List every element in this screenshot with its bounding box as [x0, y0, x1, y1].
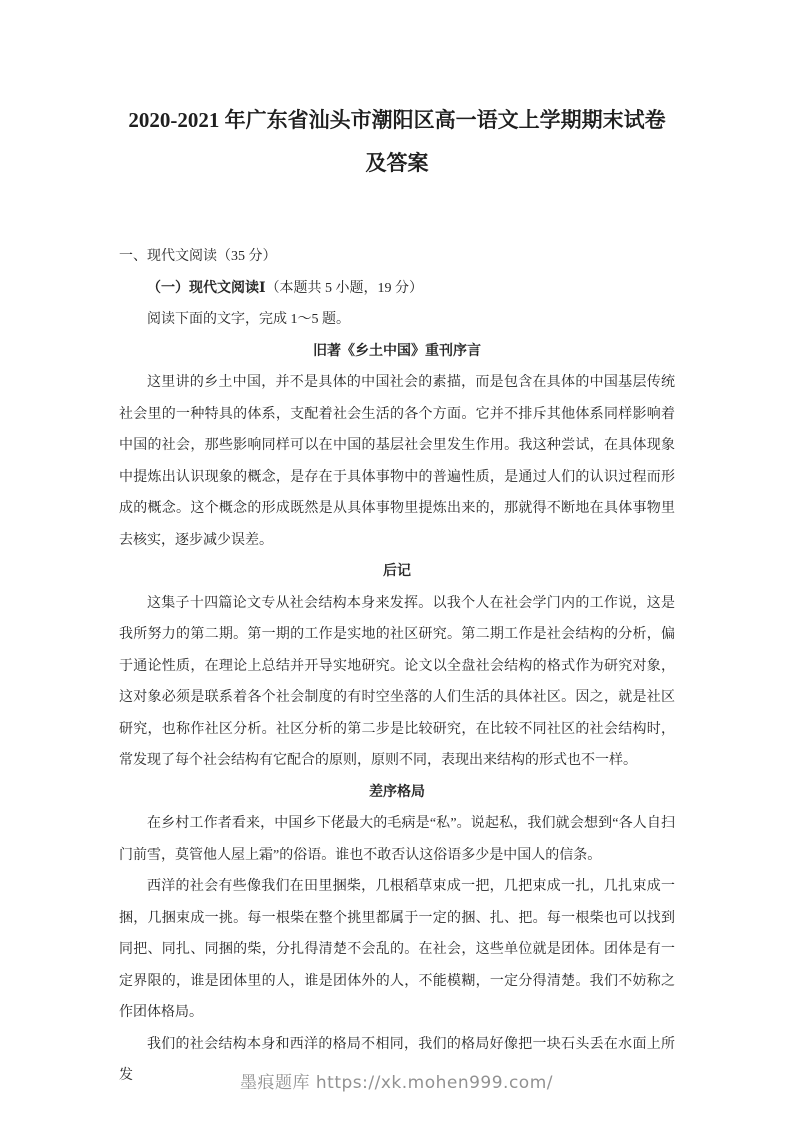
passage-paragraph-preface: 这里讲的乡土中国，并不是具体的中国社会的素描，而是包含在具体的中国基层传统社会里…: [119, 367, 675, 556]
passage-paragraph-postscript: 这集子十四篇论文专从社会结构本身来发挥。以我个人在社会学门内的工作说，这是我所努…: [119, 588, 675, 777]
passage-title-chaxu-geju: 差序格局: [119, 777, 675, 809]
section-heading: 一、现代文阅读（35 分）: [119, 241, 675, 273]
subsection-heading-regular: （本题共 5 小题，19 分）: [266, 281, 424, 296]
passage-title-postscript: 后记: [119, 556, 675, 588]
reading-instruction: 阅读下面的文字，完成 1～5 题。: [119, 304, 675, 336]
document-title-line1: 2020-2021 年广东省汕头市潮阳区高一语文上学期期末试卷: [119, 99, 675, 142]
footer-watermark: 墨痕题库 https://xk.mohen999.com/: [0, 1072, 793, 1094]
page-content: 2020-2021 年广东省汕头市潮阳区高一语文上学期期末试卷 及答案 一、现代…: [119, 99, 675, 1092]
subsection-heading-bold: （一）现代文阅读Ⅰ: [147, 281, 266, 296]
passage-title-preface: 旧著《乡土中国》重刊序言: [119, 336, 675, 368]
document-title: 2020-2021 年广东省汕头市潮阳区高一语文上学期期末试卷 及答案: [119, 99, 675, 185]
document-title-line2: 及答案: [119, 142, 675, 185]
passage-paragraph-chaxu-2: 西洋的社会有些像我们在田里捆柴，几根稻草束成一把，几把束成一扎，几扎束成一捆，几…: [119, 871, 675, 1029]
document-body: 一、现代文阅读（35 分） （一）现代文阅读Ⅰ（本题共 5 小题，19 分） 阅…: [119, 241, 675, 1092]
subsection-heading: （一）现代文阅读Ⅰ（本题共 5 小题，19 分）: [119, 273, 675, 305]
exam-document-page: 2020-2021 年广东省汕头市潮阳区高一语文上学期期末试卷 及答案 一、现代…: [0, 0, 793, 1122]
passage-paragraph-chaxu-1: 在乡村工作者看来，中国乡下佬最大的毛病是“私”。说起私，我们就会想到“各人自扫门…: [119, 808, 675, 871]
